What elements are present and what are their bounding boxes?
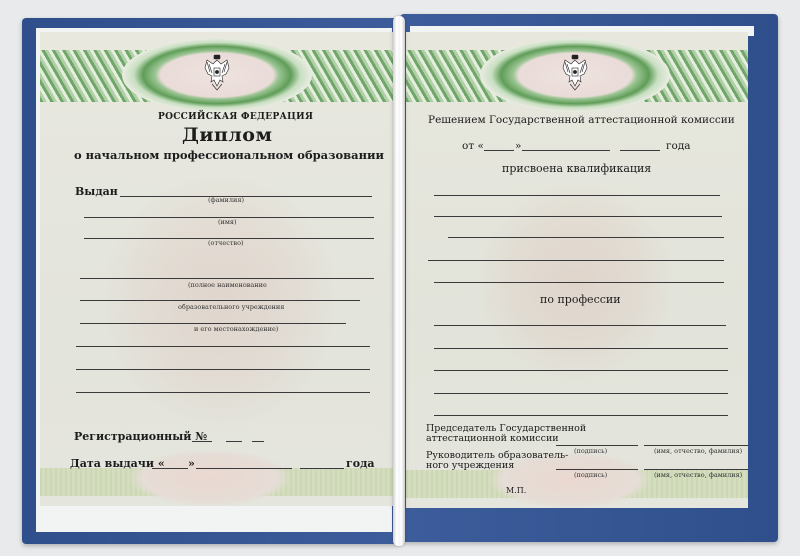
qualification-field-4[interactable]: [428, 260, 724, 261]
institution-field-6[interactable]: [76, 392, 370, 393]
profession-field-4[interactable]: [434, 393, 728, 394]
institution-hint-1: (полное наименование: [188, 281, 267, 289]
head-signature-field[interactable]: [556, 469, 638, 470]
decision-date-quote-close: »: [515, 140, 521, 152]
profession-field-3[interactable]: [434, 370, 728, 371]
bookmark-cord: [393, 16, 405, 546]
chairman-label-2: аттестационной комиссии: [426, 434, 559, 444]
registration-number-field[interactable]: [192, 441, 212, 442]
qualification-field-5[interactable]: [434, 282, 724, 283]
institution-field-2[interactable]: [80, 300, 360, 301]
profession-label: по профессии: [540, 293, 621, 306]
head-name-hint: (имя, отчество, фамилия): [654, 471, 742, 479]
institution-field-1[interactable]: [80, 278, 374, 279]
patronymic-hint: (отчество): [208, 239, 244, 247]
registration-number-segment: [226, 441, 242, 442]
issue-date-label: Дата выдачи «: [70, 457, 165, 470]
chairman-name-hint: (имя, отчество, фамилия): [654, 447, 742, 455]
institution-hint-2: образовательного учреждения: [178, 303, 284, 311]
chairman-name-field[interactable]: [644, 445, 748, 446]
watermark-emblem: [100, 172, 340, 432]
head-signature-hint: (подпись): [574, 471, 607, 479]
diploma-left-page: РОССИЙСКАЯ ФЕДЕРАЦИЯ Диплом о начальном …: [40, 32, 394, 506]
diploma-right-page: Решением Государственной аттестационной …: [406, 32, 748, 508]
institution-field-4[interactable]: [76, 346, 370, 347]
profession-field-5[interactable]: [434, 415, 728, 416]
qualification-field-1[interactable]: [434, 195, 720, 196]
eagle-emblem-icon: [562, 54, 588, 92]
decision-day-field[interactable]: [484, 150, 514, 151]
stamp-place-label: М.П.: [506, 486, 526, 495]
issue-year-label: года: [346, 457, 375, 470]
profession-field-2[interactable]: [434, 348, 728, 349]
commission-decision-label: Решением Государственной аттестационной …: [428, 114, 735, 126]
head-label-2: ного учреждения: [426, 461, 514, 471]
diploma-title: Диплом: [182, 124, 272, 146]
issue-day-field[interactable]: [152, 468, 188, 469]
qualification-field-2[interactable]: [434, 216, 722, 217]
issue-year-field[interactable]: [300, 468, 344, 469]
issue-date-quote-close: »: [188, 457, 195, 470]
qualification-label: присвоена квалификация: [502, 162, 651, 175]
institution-field-3[interactable]: [80, 323, 346, 324]
profession-field-1[interactable]: [434, 325, 726, 326]
chairman-signature-hint: (подпись): [574, 447, 607, 455]
issued-to-label: Выдан: [75, 185, 118, 198]
diploma-subtitle: о начальном профессиональном образовании: [74, 148, 384, 162]
issue-month-field[interactable]: [196, 468, 292, 469]
registration-number-segment: [252, 441, 264, 442]
name-hint: (имя): [218, 218, 237, 226]
decision-year-label: года: [666, 140, 691, 152]
surname-field[interactable]: [120, 196, 372, 197]
eagle-emblem-icon: [204, 54, 230, 92]
institution-hint-3: и его местонахождение): [194, 325, 278, 333]
country-heading: РОССИЙСКАЯ ФЕДЕРАЦИЯ: [158, 112, 313, 122]
qualification-field-3[interactable]: [448, 237, 724, 238]
chairman-signature-field[interactable]: [556, 445, 638, 446]
institution-field-5[interactable]: [76, 369, 370, 370]
decision-year-field[interactable]: [620, 150, 660, 151]
surname-hint: (фамилия): [208, 196, 244, 204]
head-name-field[interactable]: [644, 469, 748, 470]
registration-number-label: Регистрационный №: [74, 430, 207, 443]
decision-month-field[interactable]: [522, 150, 610, 151]
decision-date-label: от «: [462, 140, 484, 152]
